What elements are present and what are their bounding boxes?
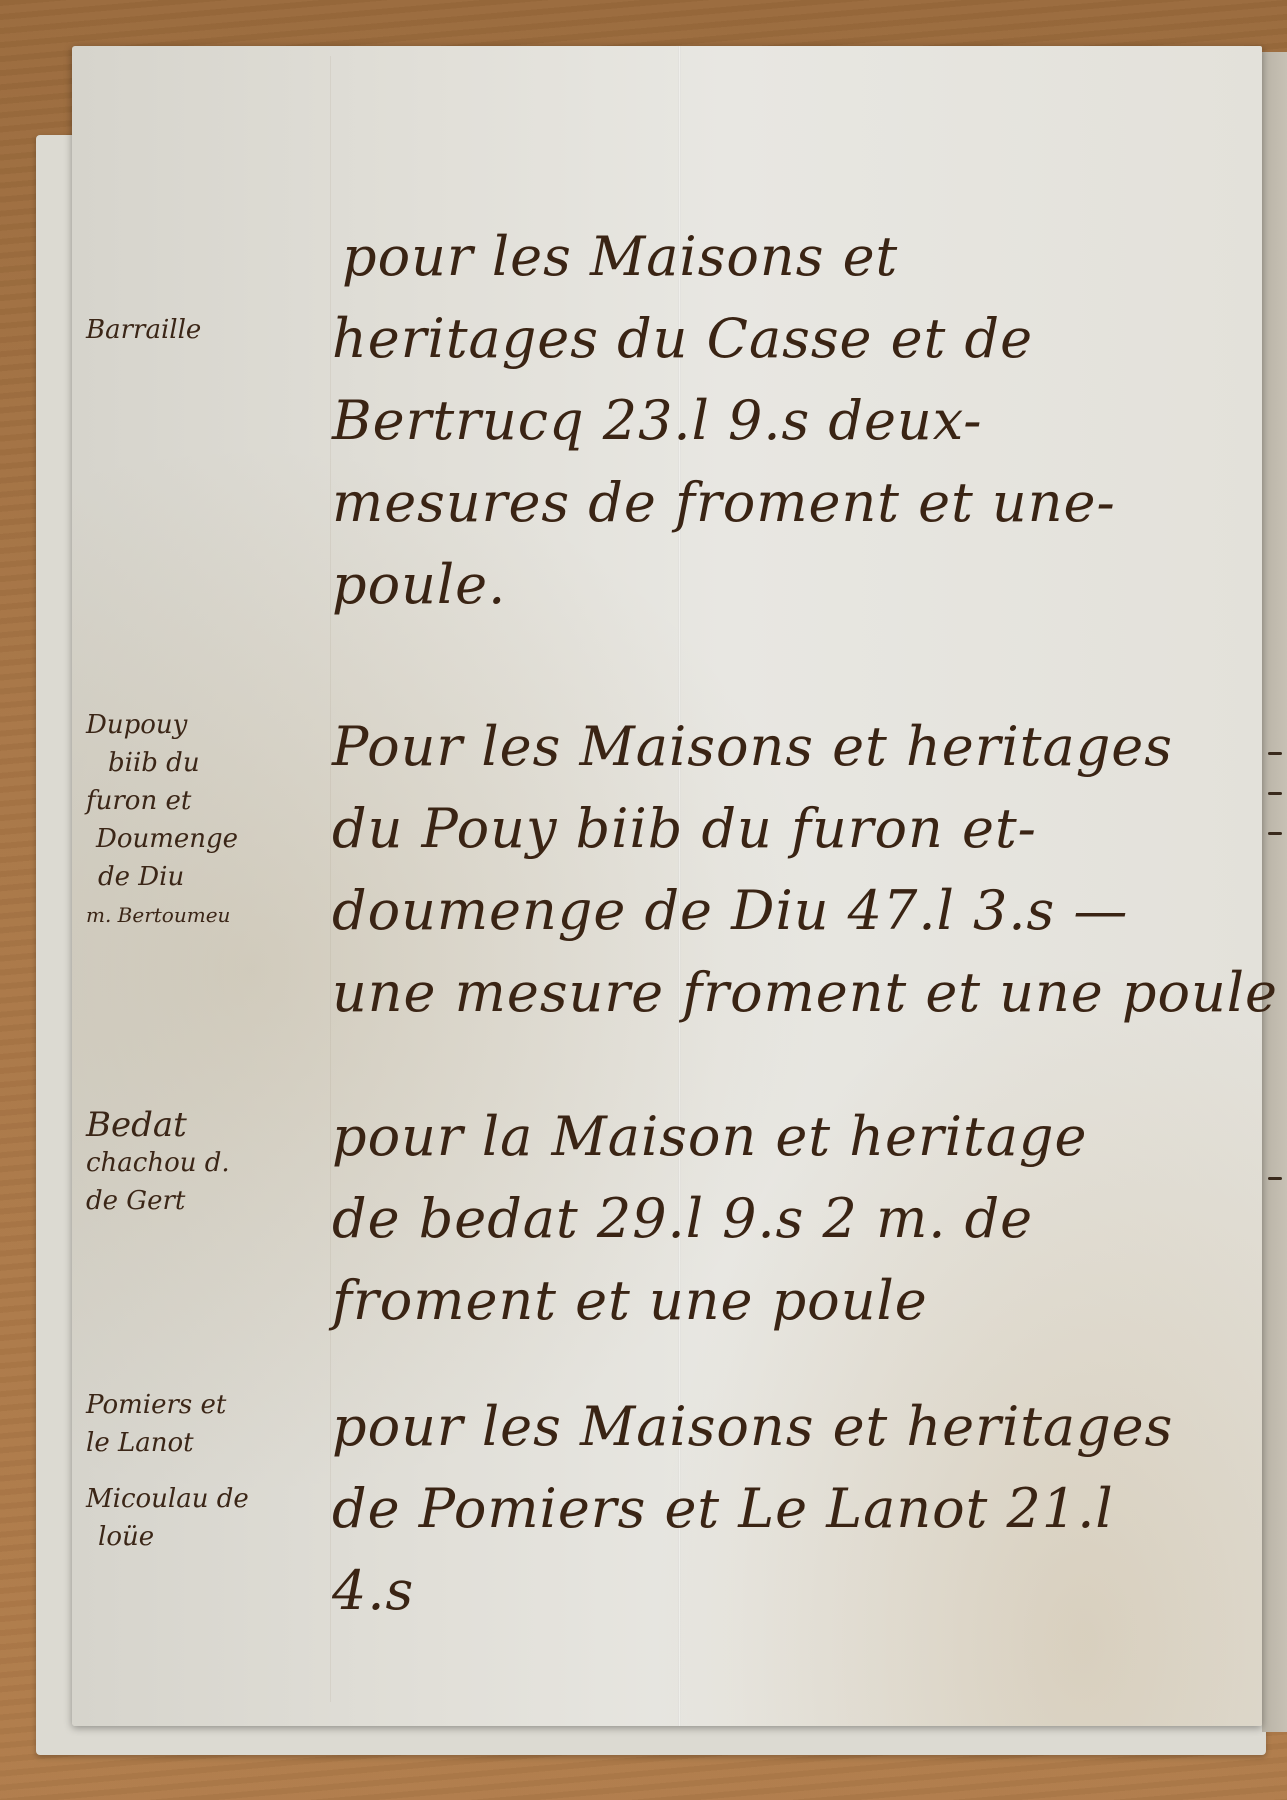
text-line: heritages du Casse et de	[332, 298, 1252, 380]
text-line: de bedat 29.l 9.s 2 m. de	[332, 1178, 1252, 1260]
text-line: du Pouy biib du furon et-	[332, 788, 1252, 870]
margin-note: Bedat chachou d. de Gert	[86, 1106, 316, 1220]
ink-mark	[1268, 752, 1282, 755]
margin-line: loüe	[86, 1518, 316, 1556]
margin-line: Dupouy	[86, 706, 316, 744]
margin-line: biib du	[86, 744, 316, 782]
margin-line: de Diu	[86, 858, 316, 896]
ink-mark	[1268, 832, 1282, 835]
manuscript-page: Barraille pour les Maisons et heritages …	[72, 46, 1262, 1726]
margin-line: chachou d.	[86, 1144, 316, 1182]
adjacent-page-edge	[1262, 52, 1287, 1732]
text-line: Pour les Maisons et heritages	[332, 706, 1252, 788]
text-line: Bertrucq 23.l 9.s deux-	[332, 380, 1252, 462]
margin-line: m. Bertoumeu	[86, 896, 316, 934]
margin-line: Barraille	[86, 311, 316, 349]
margin-note: Dupouy biib du furon et Doumenge de Diu …	[86, 706, 316, 934]
entry-text: pour la Maison et heritage de bedat 29.l…	[332, 1096, 1252, 1342]
margin-line: le Lanot	[86, 1424, 316, 1462]
margin-divider	[330, 56, 331, 1702]
margin-line: furon et	[86, 782, 316, 820]
margin-line: Micoulau de	[86, 1480, 316, 1518]
margin-line: Bedat	[86, 1106, 316, 1144]
margin-note: Pomiers et le Lanot Micoulau de loüe	[86, 1386, 316, 1556]
text-line: mesures de froment et une-	[332, 462, 1252, 544]
ink-mark	[1268, 792, 1282, 795]
text-line: froment et une poule	[332, 1260, 1252, 1342]
margin-line	[86, 1462, 316, 1480]
margin-line: Pomiers et	[86, 1386, 316, 1424]
text-line: une mesure froment et une poule	[332, 952, 1252, 1034]
text-line: 4.s	[332, 1550, 1252, 1632]
margin-line: Doumenge	[86, 820, 316, 858]
margin-line: de Gert	[86, 1182, 316, 1220]
text-line: pour les Maisons et	[332, 216, 1252, 298]
entry-text: pour les Maisons et heritages de Pomiers…	[332, 1386, 1252, 1632]
text-line: pour la Maison et heritage	[332, 1096, 1252, 1178]
margin-note: Barraille	[86, 311, 316, 349]
text-line: doumenge de Diu 47.l 3.s —	[332, 870, 1252, 952]
ink-mark	[1268, 1177, 1282, 1180]
text-line: de Pomiers et Le Lanot 21.l	[332, 1468, 1252, 1550]
text-line: pour les Maisons et heritages	[332, 1386, 1252, 1468]
entry-text: pour les Maisons et heritages du Casse e…	[332, 216, 1252, 626]
entry-text: Pour les Maisons et heritages du Pouy bi…	[332, 706, 1252, 1034]
text-line: poule.	[332, 544, 1252, 626]
